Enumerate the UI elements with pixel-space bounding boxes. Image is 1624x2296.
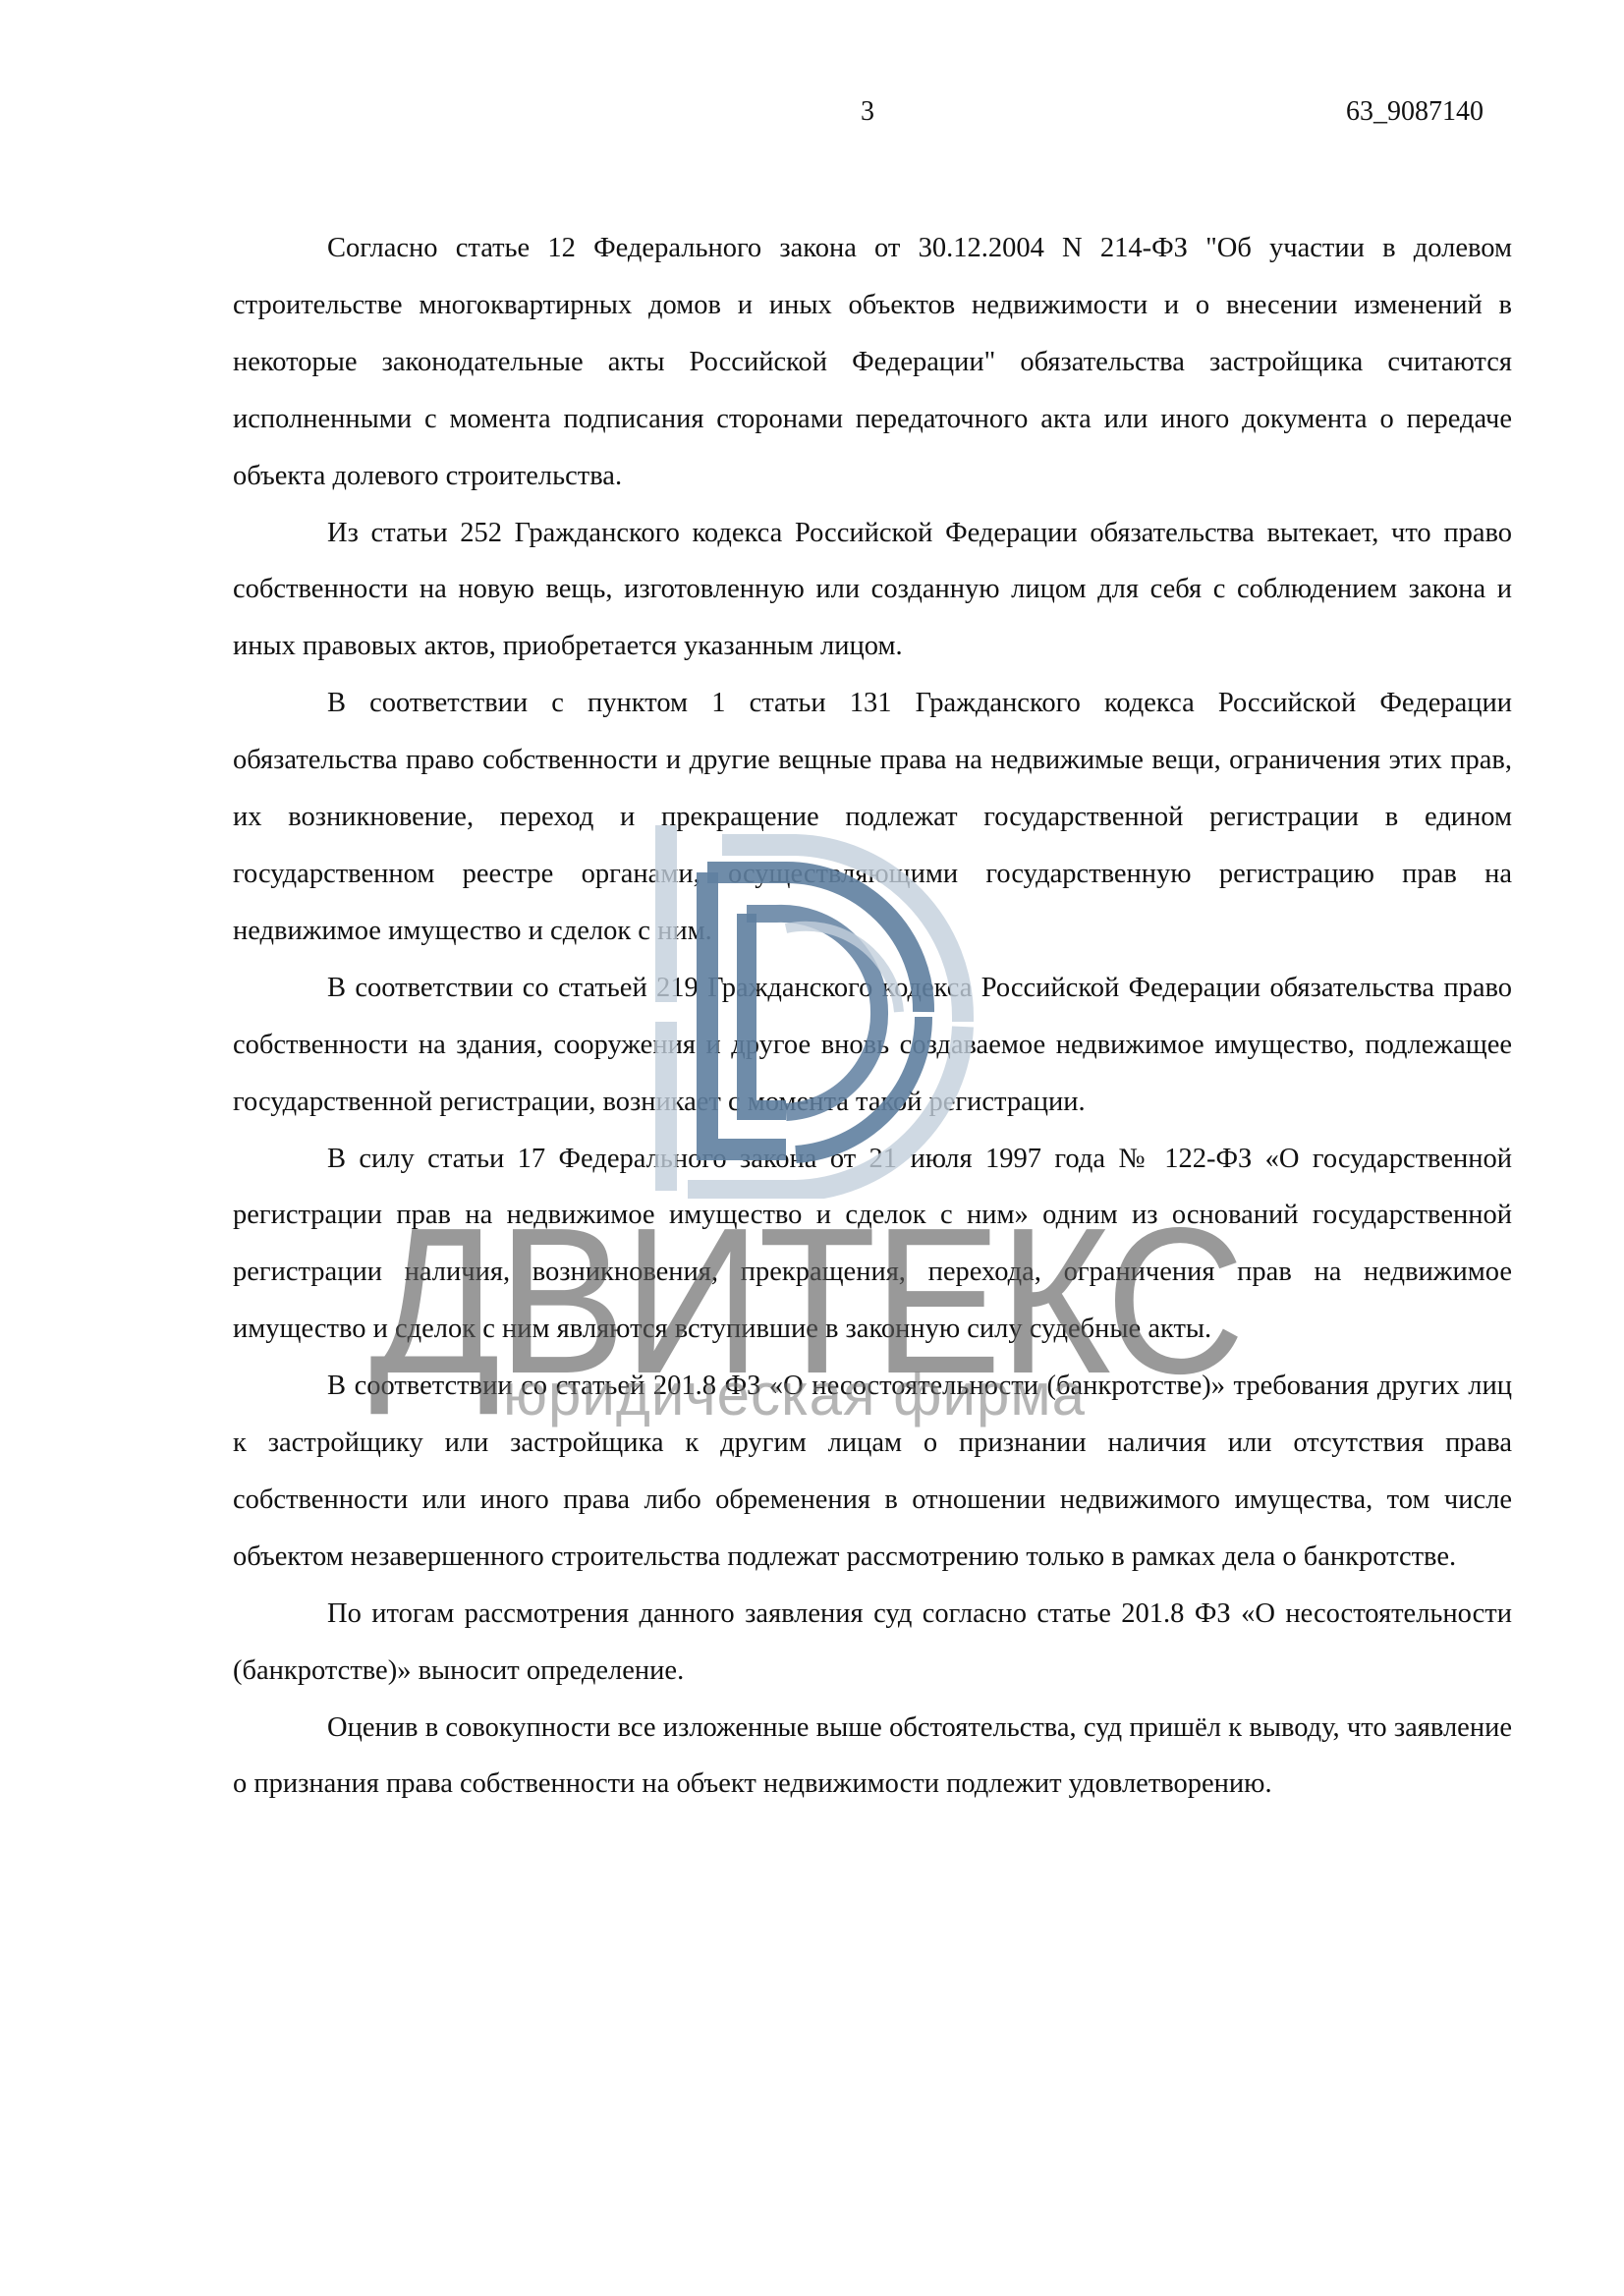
document-id: 63_9087140 (1346, 96, 1484, 128)
document-body: Согласно статье 12 Федерального закона о… (233, 220, 1512, 1813)
paragraph-article-131: В соответствии с пунктом 1 статьи 131 Гр… (233, 675, 1512, 960)
paragraph-article-201-8: В соответствии со статьей 201.8 ФЗ «О не… (233, 1358, 1512, 1586)
paragraph-article-219: В соответствии со статьей 219 Гражданско… (233, 960, 1512, 1131)
paragraph-outcome: По итогам рассмотрения данного заявления… (233, 1586, 1512, 1700)
document-page: 3 63_9087140 Согласно статье 12 Федераль… (0, 0, 1624, 2296)
page-number: 3 (861, 96, 874, 128)
paragraph-conclusion: Оценив в совокупности все изложенные выш… (233, 1700, 1512, 1814)
paragraph-article-252: Из статьи 252 Гражданского кодекса Росси… (233, 505, 1512, 676)
paragraph-article-12: Согласно статье 12 Федерального закона о… (233, 220, 1512, 505)
paragraph-article-17: В силу статьи 17 Федерального закона от … (233, 1131, 1512, 1359)
